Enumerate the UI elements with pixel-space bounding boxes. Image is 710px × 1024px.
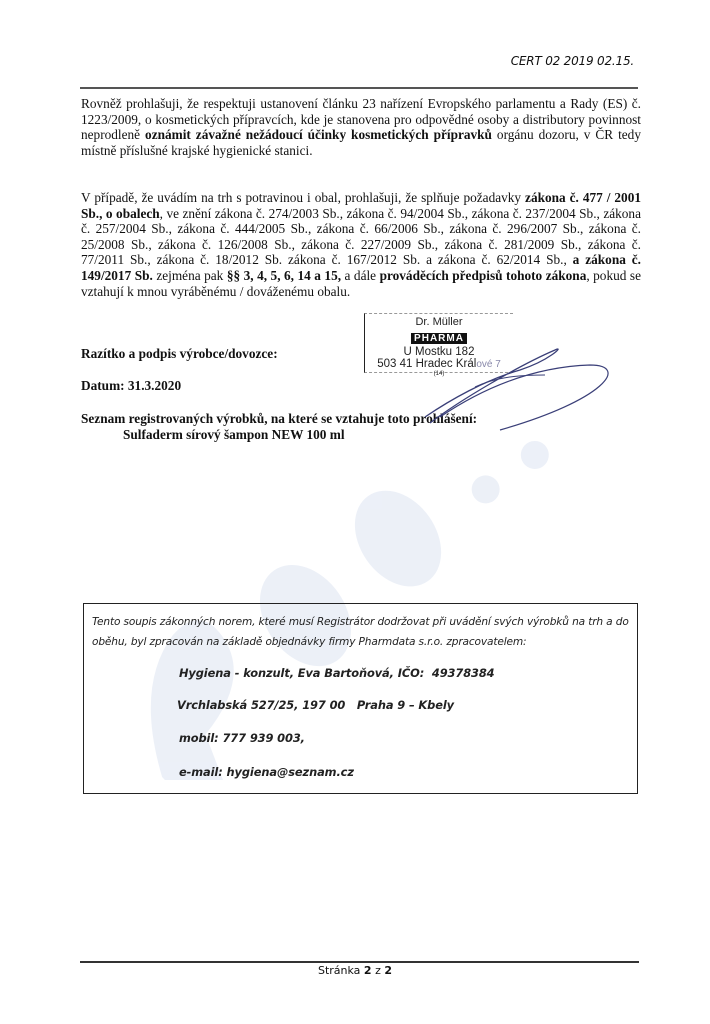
processor-phone: mobil: 777 939 003, (179, 731, 305, 745)
text-segment: zejména pak (153, 268, 227, 283)
stamp-brand: PHARMA (411, 333, 467, 344)
processor-info-box: Tento soupis zákonných norem, které musí… (83, 603, 638, 794)
text-segment: V případě, že uvádím na trh s potravinou… (81, 190, 525, 205)
stamp-city-main: 503 41 Hradec Král (377, 358, 476, 370)
processor-address: Vrchlabská 527/25, 197 00 Praha 9 – Kbel… (177, 698, 454, 712)
page-current: 2 (364, 964, 372, 977)
paragraph-eu-regulation: Rovněž prohlašuji, že respektuji ustanov… (81, 96, 641, 158)
text-segment: , ve znění zákona č. 274/2003 Sb., zákon… (81, 206, 641, 268)
stamp-name: Dr. Müller (365, 316, 513, 328)
header-divider (80, 87, 638, 89)
info-intro: Tento soupis zákonných norem, které musí… (92, 612, 632, 652)
bold-segment: §§ 3, 4, 5, 6, 14 a 15, (227, 268, 341, 283)
bold-segment: prováděcích předpisů tohoto zákona (380, 268, 587, 283)
stamp-city: 503 41 Hradec Králové 7 (365, 358, 513, 371)
company-stamp: Dr. Müller PHARMA U Mostku 182 503 41 Hr… (364, 313, 513, 373)
footer-divider (80, 961, 639, 963)
page-separator: z (372, 964, 385, 977)
page-number: Stránka 2 z 2 (0, 964, 710, 977)
stamp-street: U Mostku 182 (365, 346, 513, 358)
processor-company: Hygiena - konzult, Eva Bartoňová, IČO: 4… (179, 666, 495, 680)
stamp-city-faded: ové 7 (476, 359, 500, 370)
products-list-title: Seznam registrovaných výrobků, na které … (81, 411, 477, 427)
date-label: Datum: 31.3.2020 (81, 378, 181, 394)
product-item: Sulfaderm sírový šampon NEW 100 ml (123, 427, 345, 443)
page-total: 2 (384, 964, 392, 977)
stamp-number: (14) (365, 371, 513, 377)
page-prefix: Stránka (318, 964, 364, 977)
stamp-signature-label: Razítko a podpis výrobce/dovozce: (81, 346, 278, 362)
paragraph-packaging-law: V případě, že uvádím na trh s potravinou… (81, 190, 641, 299)
document-code: CERT 02 2019 02.15. (511, 54, 634, 68)
processor-email: e-mail: hygiena@seznam.cz (179, 765, 354, 779)
text-segment: a dále (341, 268, 380, 283)
bold-segment: oznámit závažné nežádoucí účinky kosmeti… (145, 127, 492, 142)
